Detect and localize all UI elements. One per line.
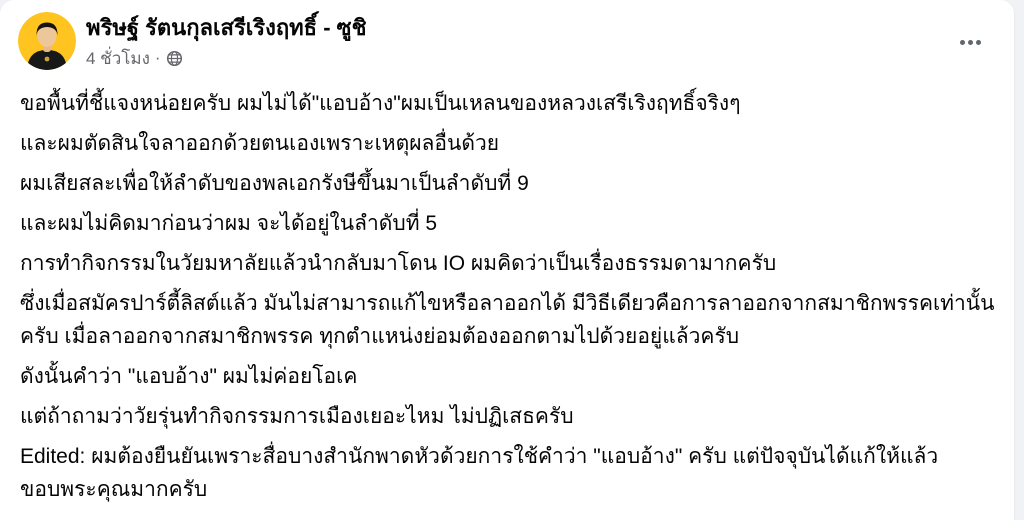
ellipsis-icon	[960, 40, 965, 45]
person-photo-icon	[18, 12, 76, 70]
post-paragraph: และผมตัดสินใจลาออกด้วยตนเองเพราะเหตุผลอื…	[20, 127, 1000, 160]
globe-privacy-icon	[166, 50, 183, 67]
post-meta: 4 ชั่วโมง ·	[86, 45, 367, 72]
meta-separator: ·	[155, 48, 161, 68]
facebook-post-card: พริษฐ์ รัตนกุลเสรีเริงฤทธิ์ - ซูชิ 4 ชั่…	[0, 0, 1014, 509]
post-paragraph: แต่ถ้าถามว่าวัยรุ่นทำกิจกรรมการเมืองเยอะ…	[20, 400, 1000, 433]
post-content: ขอพื้นที่ชี้แจงหน่อยครับ ผมไม่ได้"แอบอ้า…	[0, 72, 1014, 506]
post-paragraph: ซึ่งเมื่อสมัครปาร์ตี้ลิสต์แล้ว มันไม่สาม…	[20, 287, 1000, 353]
post-paragraph: Edited: ผมต้องยืนยันเพราะสื่อบางสำนักพาด…	[20, 440, 1000, 506]
post-options-button[interactable]	[950, 22, 990, 62]
post-paragraph: ผมเสียสละเพื่อให้ลำดับของพลเอกรังษีขึ้นม…	[20, 167, 1000, 200]
avatar[interactable]	[18, 12, 76, 70]
post-header: พริษฐ์ รัตนกุลเสรีเริงฤทธิ์ - ซูชิ 4 ชั่…	[0, 0, 1014, 72]
post-header-text: พริษฐ์ รัตนกุลเสรีเริงฤทธิ์ - ซูชิ 4 ชั่…	[86, 12, 367, 72]
timestamp-link[interactable]: 4 ชั่วโมง	[86, 45, 150, 72]
author-name-link[interactable]: พริษฐ์ รัตนกุลเสรีเริงฤทธิ์ - ซูชิ	[86, 14, 367, 42]
post-paragraph: ขอพื้นที่ชี้แจงหน่อยครับ ผมไม่ได้"แอบอ้า…	[20, 87, 1000, 120]
post-paragraph: ดังนั้นคำว่า "แอบอ้าง" ผมไม่ค่อยโอเค	[20, 360, 1000, 393]
post-paragraph: และผมไม่คิดมาก่อนว่าผม จะได้อยู่ในลำดับท…	[20, 207, 1000, 240]
post-paragraph: การทำกิจกรรมในวัยมหาลัยแล้วนำกลับมาโดน I…	[20, 247, 1000, 280]
